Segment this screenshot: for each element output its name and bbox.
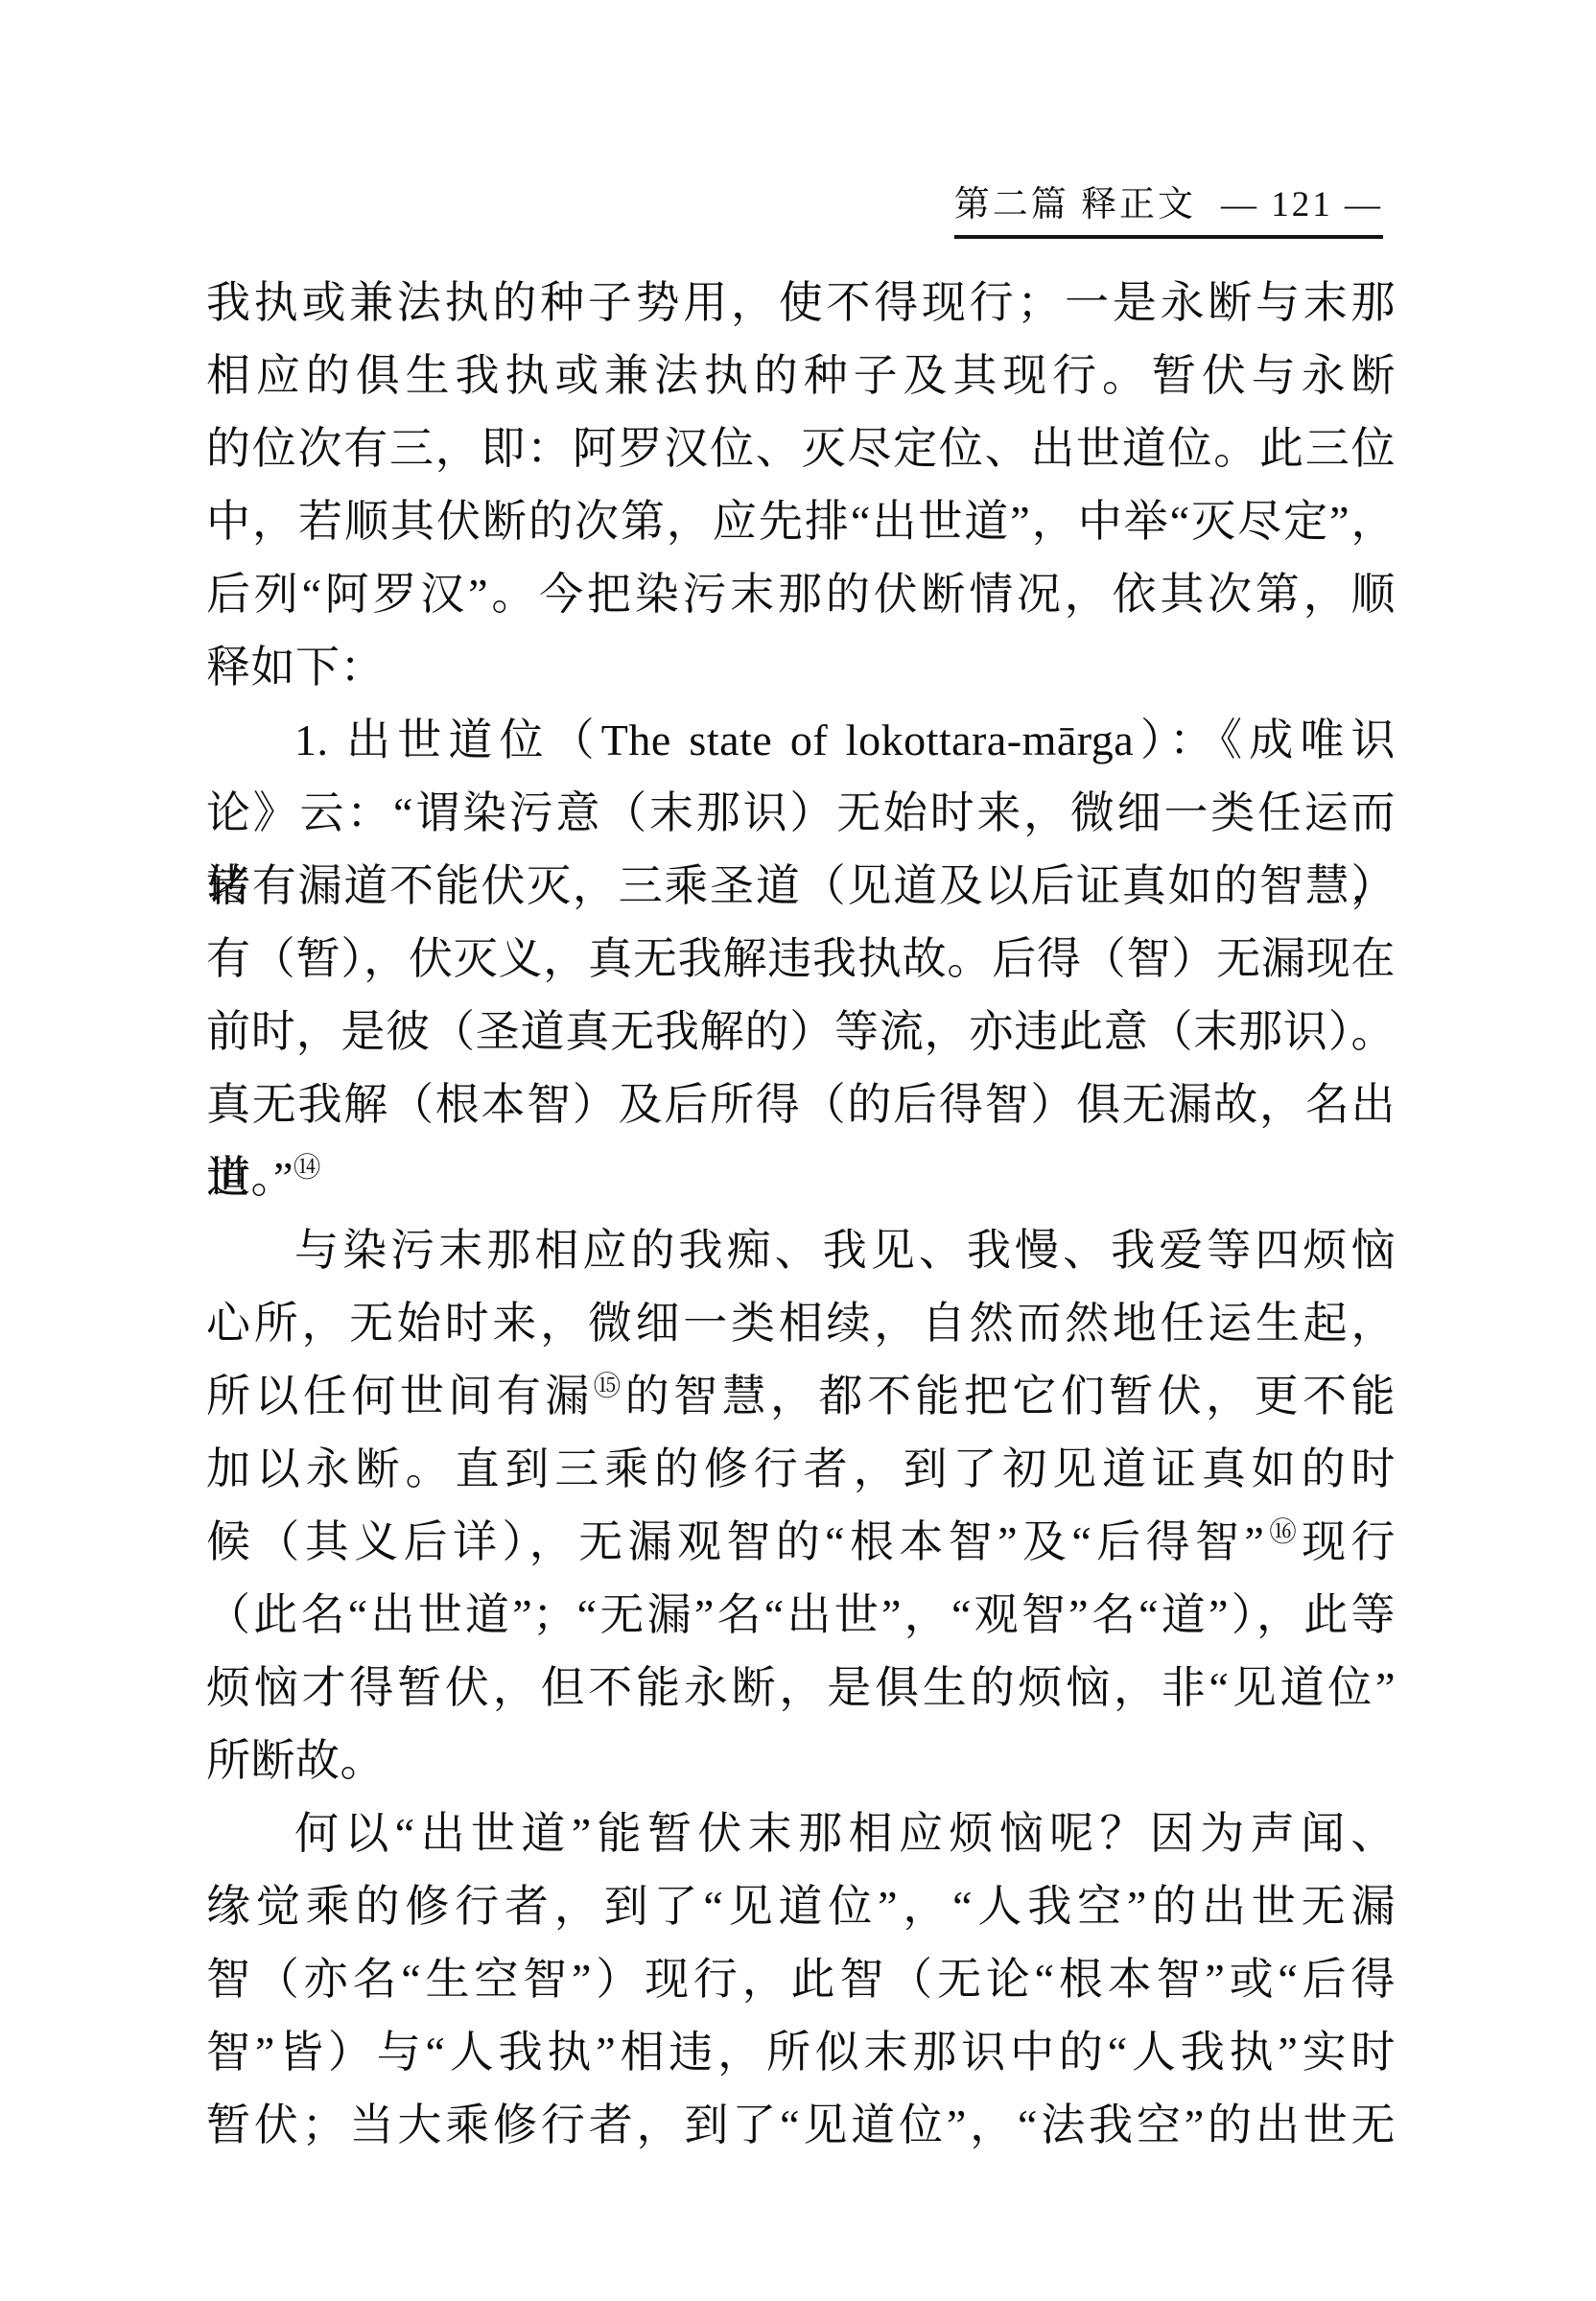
chapter-title: 第二篇 释正文	[954, 185, 1196, 224]
text-line: 诸有漏道不能伏灭，三乘圣道（见道及以后证真如的智慧）	[206, 850, 1396, 923]
running-head: 第二篇 释正文— 121 —	[954, 175, 1383, 239]
text-line: 与染污末那相应的我痴、我见、我慢、我爱等四烦恼	[206, 1214, 1396, 1287]
text-line: 智”皆）与“人我执”相违，所似末那识中的“人我执”实时	[206, 2016, 1396, 2089]
footnote-ref: ⑭	[293, 1154, 321, 1184]
page-number: — 121 —	[1221, 185, 1383, 224]
text-line: 智（亦名“生空智”）现行，此智（无论“根本智”或“后得	[206, 1943, 1396, 2016]
header-rule	[954, 235, 1383, 239]
footnote-ref: ⑮	[594, 1373, 625, 1402]
text-line: 所以任何世间有漏⑮的智慧，都不能把它们暂伏，更不能	[206, 1360, 1396, 1433]
text-line: 有（暂），伏灭义，真无我解违我执故。后得（智）无漏现在	[206, 923, 1396, 996]
text-line: 何以“出世道”能暂伏末那相应烦恼呢？因为声闻、	[206, 1797, 1396, 1870]
page-body: 我执或兼法执的种子势用，使不得现行；一是永断与末那 相应的俱生我执或兼法执的种子…	[206, 267, 1396, 2162]
text-line: 的位次有三，即：阿罗汉位、灭尽定位、出世道位。此三位	[206, 412, 1396, 485]
text-line: 释如下：	[206, 631, 1396, 704]
text-line: 前时，是彼（圣道真无我解的）等流，亦违此意（末那识）。	[206, 996, 1396, 1068]
text-line: 后列“阿罗汉”。今把染污末那的伏断情况，依其次第，顺	[206, 558, 1396, 631]
text-line: （此名“出世道”；“无漏”名“出世”，“观智”名“道”），此等	[206, 1579, 1396, 1652]
text-line: 相应的俱生我执或兼法执的种子及其现行。暂伏与永断	[206, 340, 1396, 412]
text-line: 我执或兼法执的种子势用，使不得现行；一是永断与末那	[206, 267, 1396, 340]
text-line: 所断故。	[206, 1725, 1396, 1797]
text-line: 烦恼才得暂伏，但不能永断，是俱生的烦恼，非“见道位”	[206, 1652, 1396, 1725]
text-line: 中，若顺其伏断的次第，应先排“出世道”，中举“灭尽定”，	[206, 485, 1396, 558]
text-line: 缘觉乘的修行者，到了“见道位”，“人我空”的出世无漏	[206, 1870, 1396, 1943]
text-line: 候（其义后详），无漏观智的“根本智”及“后得智”⑯现行	[206, 1506, 1396, 1579]
text-line: 真无我解（根本智）及后所得（的后得智）俱无漏故，名出世	[206, 1068, 1396, 1141]
book-page: 第二篇 释正文— 121 — 我执或兼法执的种子势用，使不得现行；一是永断与末那…	[0, 0, 1596, 2301]
text-line: 加以永断。直到三乘的修行者，到了初见道证真如的时	[206, 1433, 1396, 1506]
text-line: 道。”⑭	[206, 1141, 1396, 1214]
text-line: 论》云：“谓染污意（末那识）无始时来，微细一类任运而转，	[206, 777, 1396, 850]
text-line: 心所，无始时来，微细一类相续，自然而然地任运生起，	[206, 1287, 1396, 1360]
running-head-text: 第二篇 释正文— 121 —	[954, 175, 1383, 226]
footnote-ref: ⑯	[1264, 1518, 1302, 1548]
text-line: 暂伏；当大乘修行者，到了“见道位”，“法我空”的出世无	[206, 2089, 1396, 2162]
text-line: 1. 出世道位（The state of lokottara-mārga）：《成…	[206, 704, 1396, 777]
